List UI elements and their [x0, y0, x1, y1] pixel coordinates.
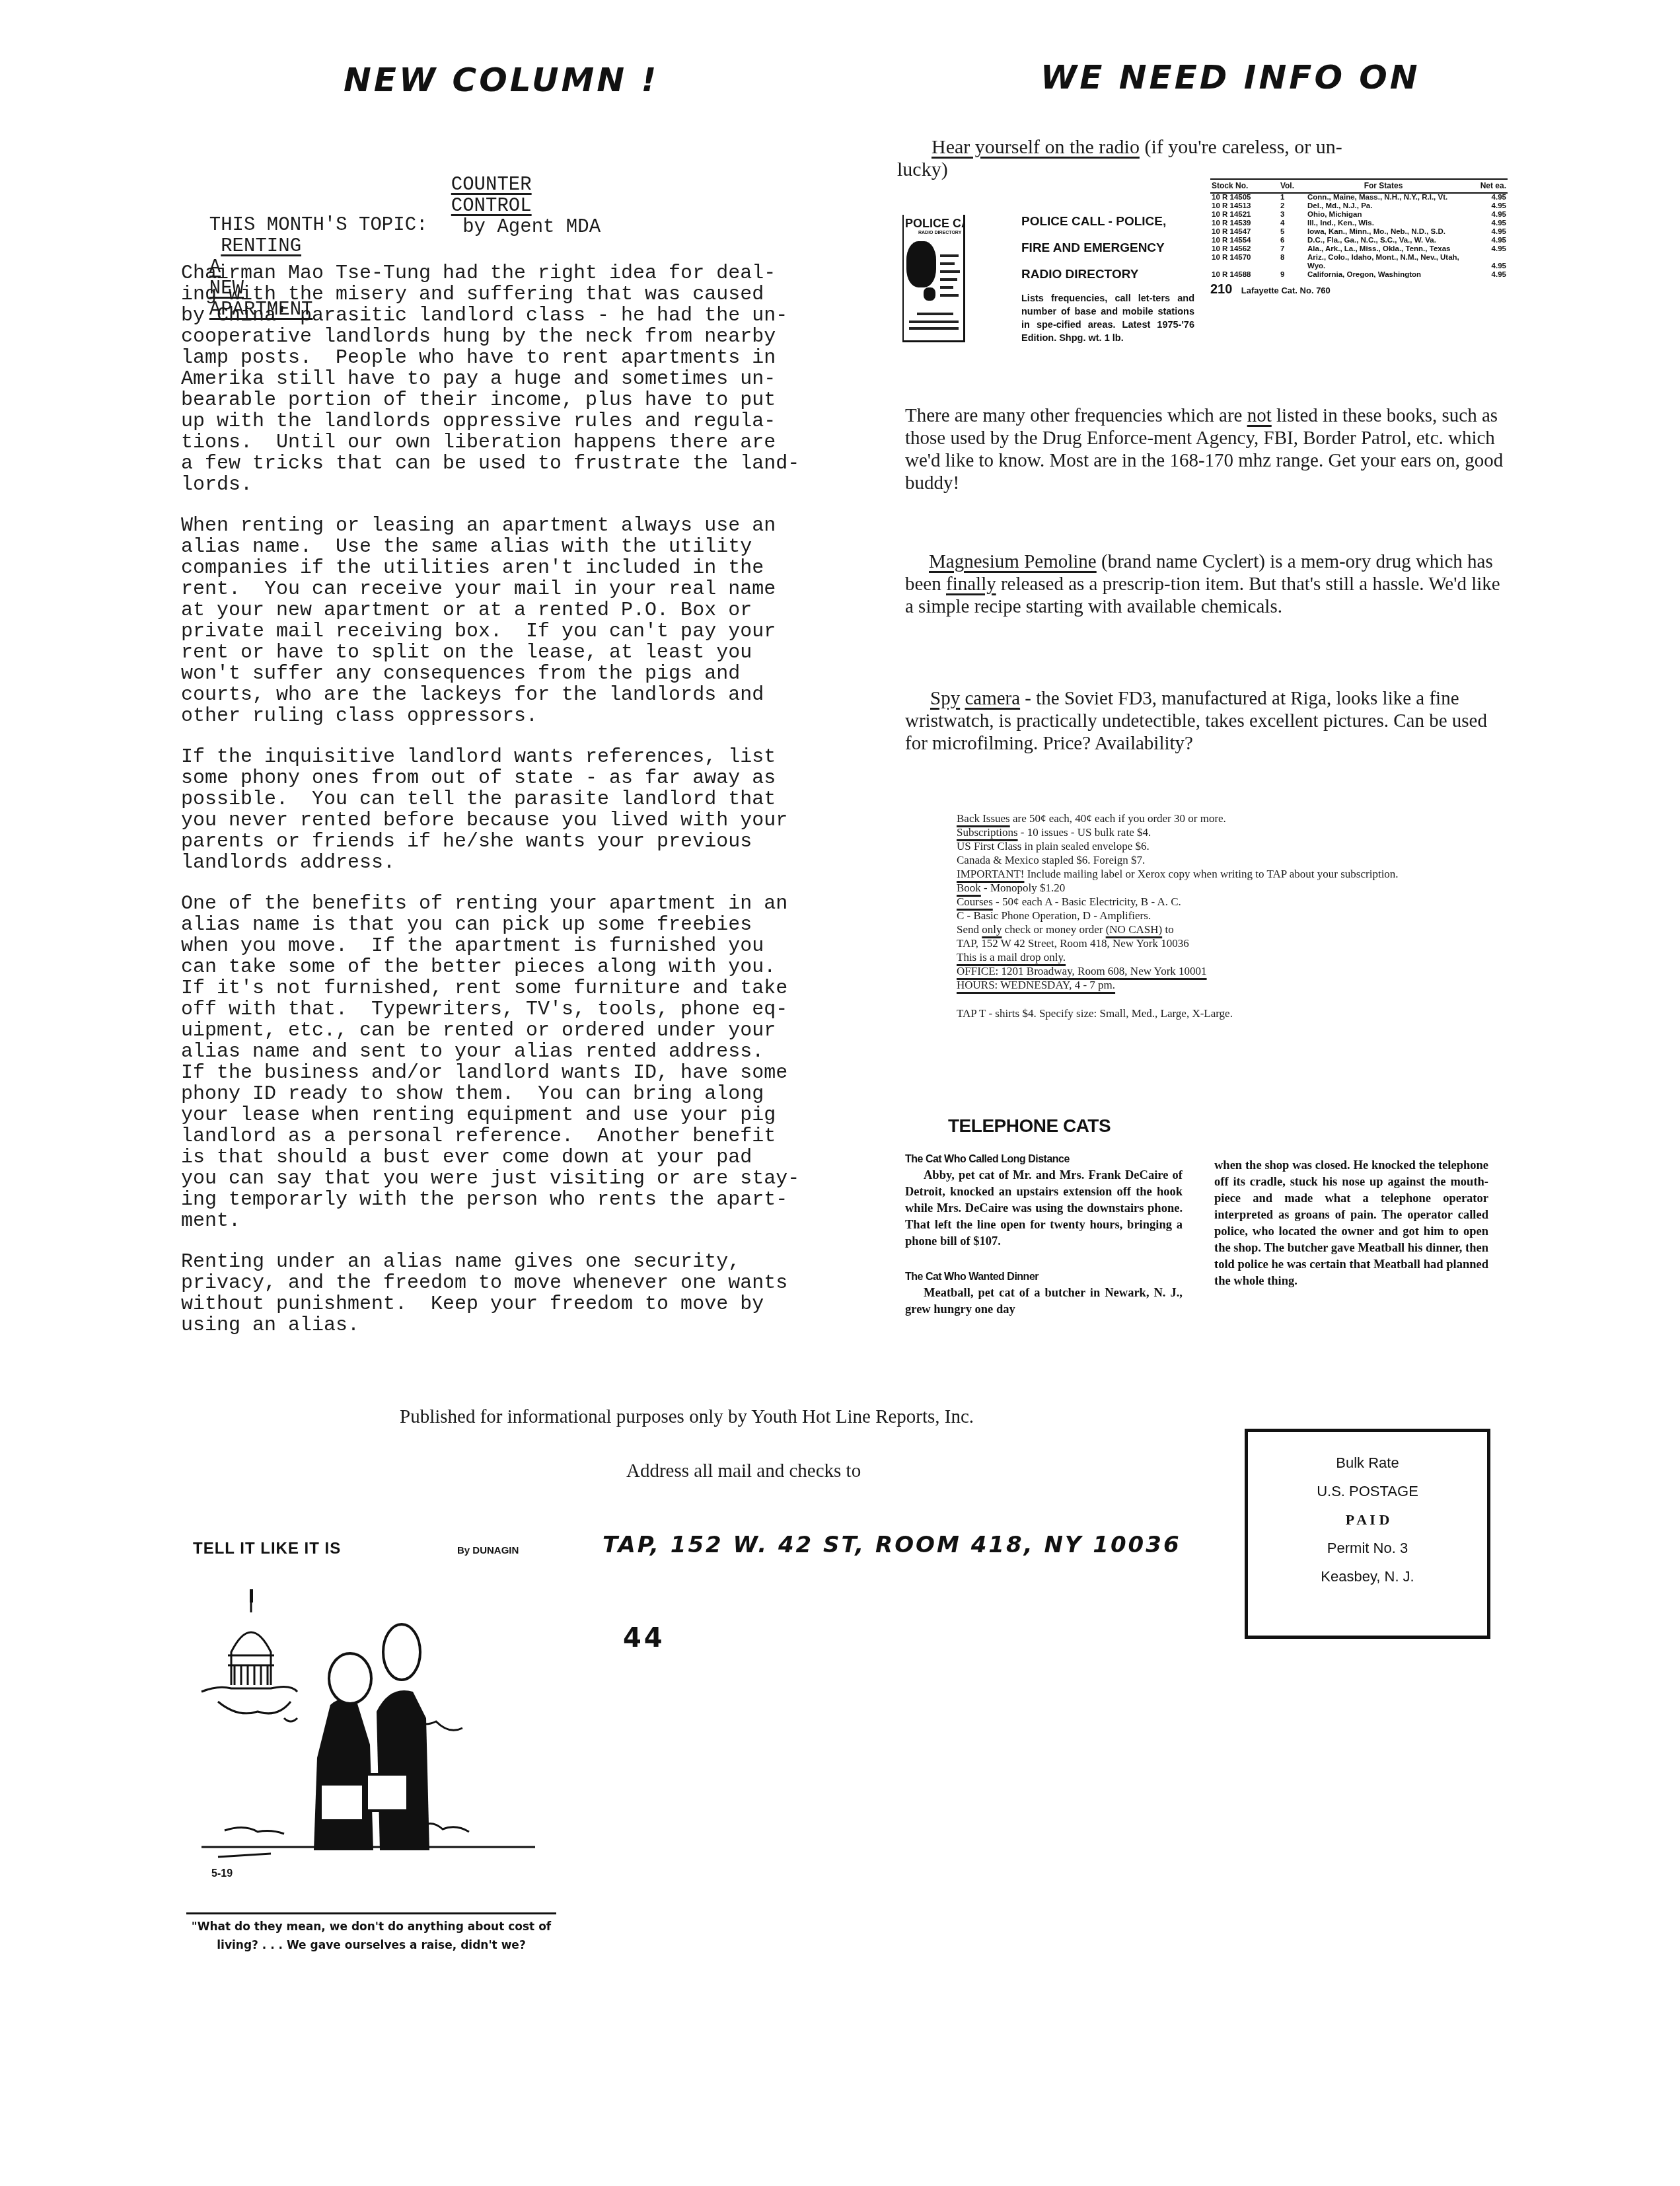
camera-word: camera [965, 688, 1020, 709]
office-address: OFFICE: 1201 Broadway, Room 608, New Yor… [957, 964, 1459, 978]
not-emphasis: not [1247, 405, 1272, 426]
story-title: The Cat Who Called Long Distance [905, 1151, 1183, 1168]
price: 4.95 [1461, 245, 1508, 254]
ad-title-line: POLICE CALL - POLICE, [1021, 209, 1194, 235]
col-header-stock: Stock No. [1210, 179, 1279, 193]
page-number: 44 [623, 1623, 665, 1653]
cover-illustration-icon [906, 241, 936, 287]
stamp-line: Keasbey, N. J. [1248, 1568, 1487, 1585]
stamp-line: U.S. POSTAGE [1248, 1483, 1487, 1500]
tshirts-line: TAP T - shirts $4. Specify size: Small, … [957, 1006, 1459, 1020]
topic-label: THIS MONTH'S TOPIC: [209, 214, 428, 236]
mail-drop-note: This is a mail drop only. [957, 950, 1459, 964]
table-row: 10 R 145394Ill., Ind., Ken., Wis.4.95 [1210, 219, 1508, 228]
stock-no: 10 R 14570 [1210, 254, 1279, 271]
vol: 5 [1279, 228, 1306, 237]
book-label: Book [957, 882, 981, 894]
table-row: 10 R 145475Iowa, Kan., Minn., Mo., Neb.,… [1210, 228, 1508, 237]
price: 4.95 [1461, 271, 1508, 280]
stock-no: 10 R 14554 [1210, 237, 1279, 245]
stamp-line: P A I D [1248, 1511, 1487, 1528]
byline: by Agent MDA [462, 216, 601, 238]
ad-title-line: RADIO DIRECTORY [1021, 262, 1194, 288]
vol: 1 [1279, 193, 1306, 202]
states: Ohio, Michigan [1306, 211, 1461, 219]
cartoon-two-politicians-icon: 5-19 [192, 1586, 555, 1883]
column-title-word-1: COUNTER [451, 174, 532, 196]
canada-line: Canada & Mexico stapled $6. Foreign $7. [957, 853, 1459, 867]
price: 4.95 [1461, 211, 1508, 219]
vol: 9 [1279, 271, 1306, 280]
topic-word: RENTING [221, 235, 301, 257]
cartoon-caption: "What do they mean, we don't do anything… [186, 1918, 556, 1955]
pemoline-link: Magnesium Pemoline [929, 551, 1097, 572]
radio-intro-text: (if you're careless, or un- [1140, 136, 1342, 158]
cover-subtitle: RADIO DIRECTORY [918, 231, 961, 235]
caption-divider [186, 1912, 556, 1914]
frequencies-paragraph: There are many other frequencies which a… [905, 404, 1513, 494]
vol: 8 [1279, 254, 1306, 271]
catalog-number: Lafayette Cat. No. 760 [1241, 285, 1331, 295]
stock-no: 10 R 14547 [1210, 228, 1279, 237]
svg-text:5-19: 5-19 [211, 1868, 233, 1879]
col-header-price: Net ea. [1461, 179, 1508, 193]
radio-intro-text-2: lucky) [897, 159, 948, 180]
courses-line-2: C - Basic Phone Operation, D - Amplifier… [957, 909, 1459, 923]
cover-title: POLICE CALL [905, 217, 965, 229]
table-row: 10 R 145051Conn., Maine, Mass., N.H., N.… [1210, 193, 1508, 202]
article-paragraph: One of the benefits of renting your apar… [181, 893, 855, 1232]
subscriptions-label: Subscriptions [957, 826, 1018, 839]
no-cash-emphasis: (NO CASH) [1106, 923, 1162, 936]
table-row: 10 R 145546D.C., Fla., Ga., N.C., S.C., … [1210, 237, 1508, 245]
price: 4.95 [1461, 254, 1508, 271]
cartoon-byline: By DUNAGIN [457, 1545, 519, 1556]
states: D.C., Fla., Ga., N.C., S.C., Va., W. Va. [1306, 237, 1461, 245]
published-note: Published for informational purposes onl… [400, 1406, 974, 1428]
ad-title-line: FIRE AND EMERGENCY [1021, 235, 1194, 262]
stock-no: 10 R 14505 [1210, 193, 1279, 202]
story-text-continued: when the shop was closed. He knocked the… [1214, 1158, 1488, 1290]
telephone-cats-title: TELEPHONE CATS [948, 1115, 1111, 1137]
directory-table: Stock No. Vol. For States Net ea. 10 R 1… [1210, 178, 1508, 297]
mailing-address: TAP, 152 W 42 Street, Room 418, New York… [957, 936, 1459, 950]
col-header-states: For States [1306, 179, 1461, 193]
price: 4.95 [1461, 193, 1508, 202]
only-emphasis: only [982, 923, 1002, 936]
back-issues-label: Back Issues [957, 812, 1010, 825]
radio-intro-link: Hear yourself on the radio [931, 136, 1140, 158]
radio-intro: Hear yourself on the radio (if you're ca… [897, 136, 1518, 181]
stock-no: 10 R 14562 [1210, 245, 1279, 254]
price: 4.95 [1461, 237, 1508, 245]
article-paragraph: When renting or leasing an apartment alw… [181, 515, 855, 727]
heading-we-need-info: WE NEED INFO ON [1041, 58, 1420, 96]
spy-word: Spy [930, 688, 960, 709]
cartoon-title: TELL IT LIKE IT IS [193, 1540, 341, 1558]
police-call-cover: POLICE CALL RADIO DIRECTORY [902, 215, 965, 342]
article-paragraph: If the inquisitive landlord wants refere… [181, 747, 855, 874]
police-call-ad-text: POLICE CALL - POLICE, FIRE AND EMERGENCY… [1021, 209, 1194, 345]
story-text: Abby, pet cat of Mr. and Mrs. Frank DeCa… [905, 1168, 1183, 1250]
story-text: Meatball, pet cat of a butcher in Newark… [905, 1285, 1183, 1318]
column-title-word-2: CONTROL [451, 195, 532, 217]
article-paragraph: Renting under an alias name gives one se… [181, 1252, 855, 1336]
price: 4.95 [1461, 219, 1508, 228]
address-label: Address all mail and checks to [626, 1460, 861, 1482]
states: Del., Md., N.J., Pa. [1306, 202, 1461, 211]
postage-stamp: Bulk Rate U.S. POSTAGE P A I D Permit No… [1245, 1429, 1490, 1639]
ad-description: Lists frequencies, call let-ters and num… [1021, 292, 1194, 345]
subscription-info: Back Issues are 50¢ each, 40¢ each if yo… [957, 811, 1459, 1020]
states: Ariz., Colo., Idaho, Mont., N.M., Nev., … [1306, 254, 1461, 271]
vol: 2 [1279, 202, 1306, 211]
stock-no: 10 R 14513 [1210, 202, 1279, 211]
vol: 4 [1279, 219, 1306, 228]
important-label: IMPORTANT! [957, 868, 1024, 880]
spy-camera-paragraph: Spy camera - the Soviet FD3, manufacture… [905, 687, 1513, 755]
stamp-line: Permit No. 3 [1248, 1540, 1487, 1557]
table-row: 10 R 145132Del., Md., N.J., Pa.4.95 [1210, 202, 1508, 211]
vol: 7 [1279, 245, 1306, 254]
story-title: The Cat Who Wanted Dinner [905, 1269, 1183, 1285]
first-class-line: US First Class in plain sealed envelope … [957, 839, 1459, 853]
vol: 3 [1279, 211, 1306, 219]
finally-emphasis: finally [946, 574, 996, 595]
states: Ala., Ark., La., Miss., Okla., Tenn., Te… [1306, 245, 1461, 254]
table-row: 10 R 145627Ala., Ark., La., Miss., Okla.… [1210, 245, 1508, 254]
telephone-cats-col-1: The Cat Who Called Long Distance Abby, p… [905, 1151, 1183, 1318]
states: California, Oregon, Washington [1306, 271, 1461, 280]
stock-no: 10 R 14588 [1210, 271, 1279, 280]
states: Ill., Ind., Ken., Wis. [1306, 219, 1461, 228]
article-paragraph: Chairman Mao Tse-Tung had the right idea… [181, 263, 855, 496]
stock-no: 10 R 14539 [1210, 219, 1279, 228]
heading-new-column: NEW COLUMN ! [344, 61, 659, 99]
column-title: COUNTER CONTROL by Agent MDA [428, 153, 601, 238]
pemoline-paragraph: Magnesium Pemoline (brand name Cyclert) … [905, 550, 1513, 618]
footer-address: TAP, 152 W. 42 ST, ROOM 418, NY 10036 [603, 1532, 1181, 1558]
table-row: 10 R 145708Ariz., Colo., Idaho, Mont., N… [1210, 254, 1508, 271]
states: Conn., Maine, Mass., N.H., N.Y., R.I., V… [1306, 193, 1461, 202]
table-row: 10 R 145213Ohio, Michigan4.95 [1210, 211, 1508, 219]
article-body: Chairman Mao Tse-Tung had the right idea… [181, 263, 855, 1356]
col-header-vol: Vol. [1279, 179, 1306, 193]
telephone-cats-col-2: when the shop was closed. He knocked the… [1214, 1158, 1488, 1290]
states: Iowa, Kan., Minn., Mo., Neb., N.D., S.D. [1306, 228, 1461, 237]
catalog-line: 210 Lafayette Cat. No. 760 [1210, 282, 1508, 297]
courses-label: Courses [957, 895, 993, 908]
stock-no: 10 R 14521 [1210, 211, 1279, 219]
cartoon-illustration: 5-19 [192, 1586, 555, 1883]
vol: 6 [1279, 237, 1306, 245]
office-hours: HOURS: WEDNESDAY, 4 - 7 pm. [957, 978, 1459, 992]
ad-page-number: 210 [1210, 282, 1232, 297]
price: 4.95 [1461, 228, 1508, 237]
stamp-line: Bulk Rate [1248, 1454, 1487, 1472]
price: 4.95 [1461, 202, 1508, 211]
table-row: 10 R 145889California, Oregon, Washingto… [1210, 271, 1508, 280]
